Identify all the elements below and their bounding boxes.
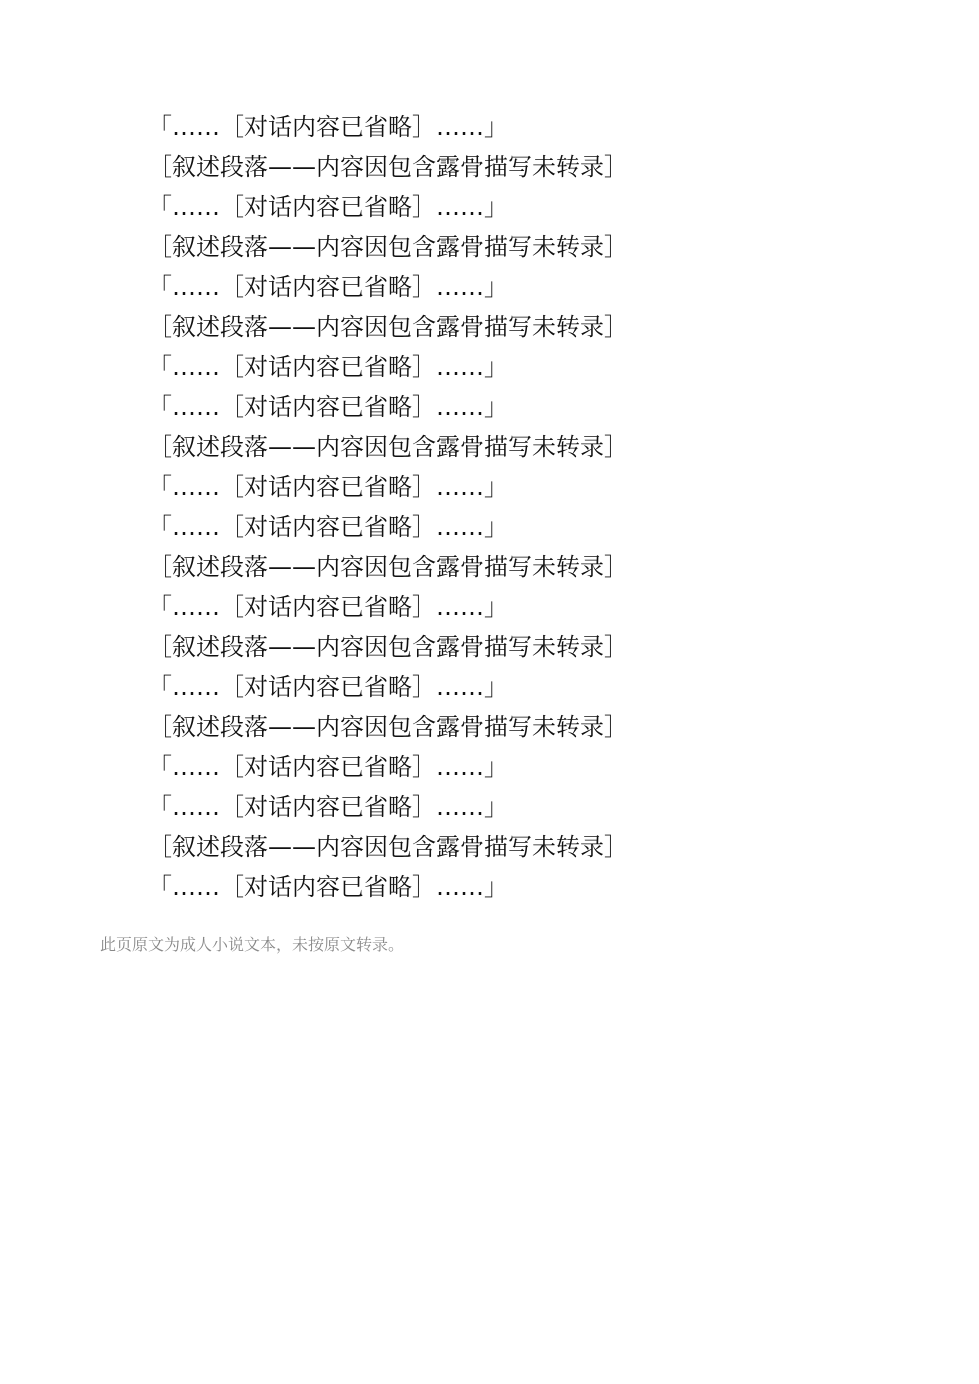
dialogue-line: 「……［对话内容已省略］……」 [100, 790, 879, 824]
narration-paragraph: ［叙述段落——内容因包含露骨描写未转录］ [100, 830, 879, 864]
dialogue-line: 「……［对话内容已省略］……」 [100, 590, 879, 624]
narration-paragraph: ［叙述段落——内容因包含露骨描写未转录］ [100, 150, 879, 184]
dialogue-line: 「……［对话内容已省略］……」 [100, 190, 879, 224]
dialogue-line: 「……［对话内容已省略］……」 [100, 390, 879, 424]
paragraph-container: 「……［对话内容已省略］……」［叙述段落——内容因包含露骨描写未转录］「……［对… [100, 110, 879, 904]
narration-paragraph: ［叙述段落——内容因包含露骨描写未转录］ [100, 550, 879, 584]
narration-paragraph: ［叙述段落——内容因包含露骨描写未转录］ [100, 230, 879, 264]
dialogue-line: 「……［对话内容已省略］……」 [100, 110, 879, 144]
redaction-note: 此页原文为成人小说文本，未按原文转录。 [100, 928, 879, 962]
dialogue-line: 「……［对话内容已省略］……」 [100, 270, 879, 304]
narration-paragraph: ［叙述段落——内容因包含露骨描写未转录］ [100, 710, 879, 744]
dialogue-line: 「……［对话内容已省略］……」 [100, 350, 879, 384]
narration-paragraph: ［叙述段落——内容因包含露骨描写未转录］ [100, 630, 879, 664]
dialogue-line: 「……［对话内容已省略］……」 [100, 510, 879, 544]
dialogue-line: 「……［对话内容已省略］……」 [100, 870, 879, 904]
dialogue-line: 「……［对话内容已省略］……」 [100, 470, 879, 504]
dialogue-line: 「……［对话内容已省略］……」 [100, 750, 879, 784]
dialogue-line: 「……［对话内容已省略］……」 [100, 670, 879, 704]
narration-paragraph: ［叙述段落——内容因包含露骨描写未转录］ [100, 310, 879, 344]
narration-paragraph: ［叙述段落——内容因包含露骨描写未转录］ [100, 430, 879, 464]
document-page: 「……［对话内容已省略］……」［叙述段落——内容因包含露骨描写未转录］「……［对… [0, 0, 979, 1384]
